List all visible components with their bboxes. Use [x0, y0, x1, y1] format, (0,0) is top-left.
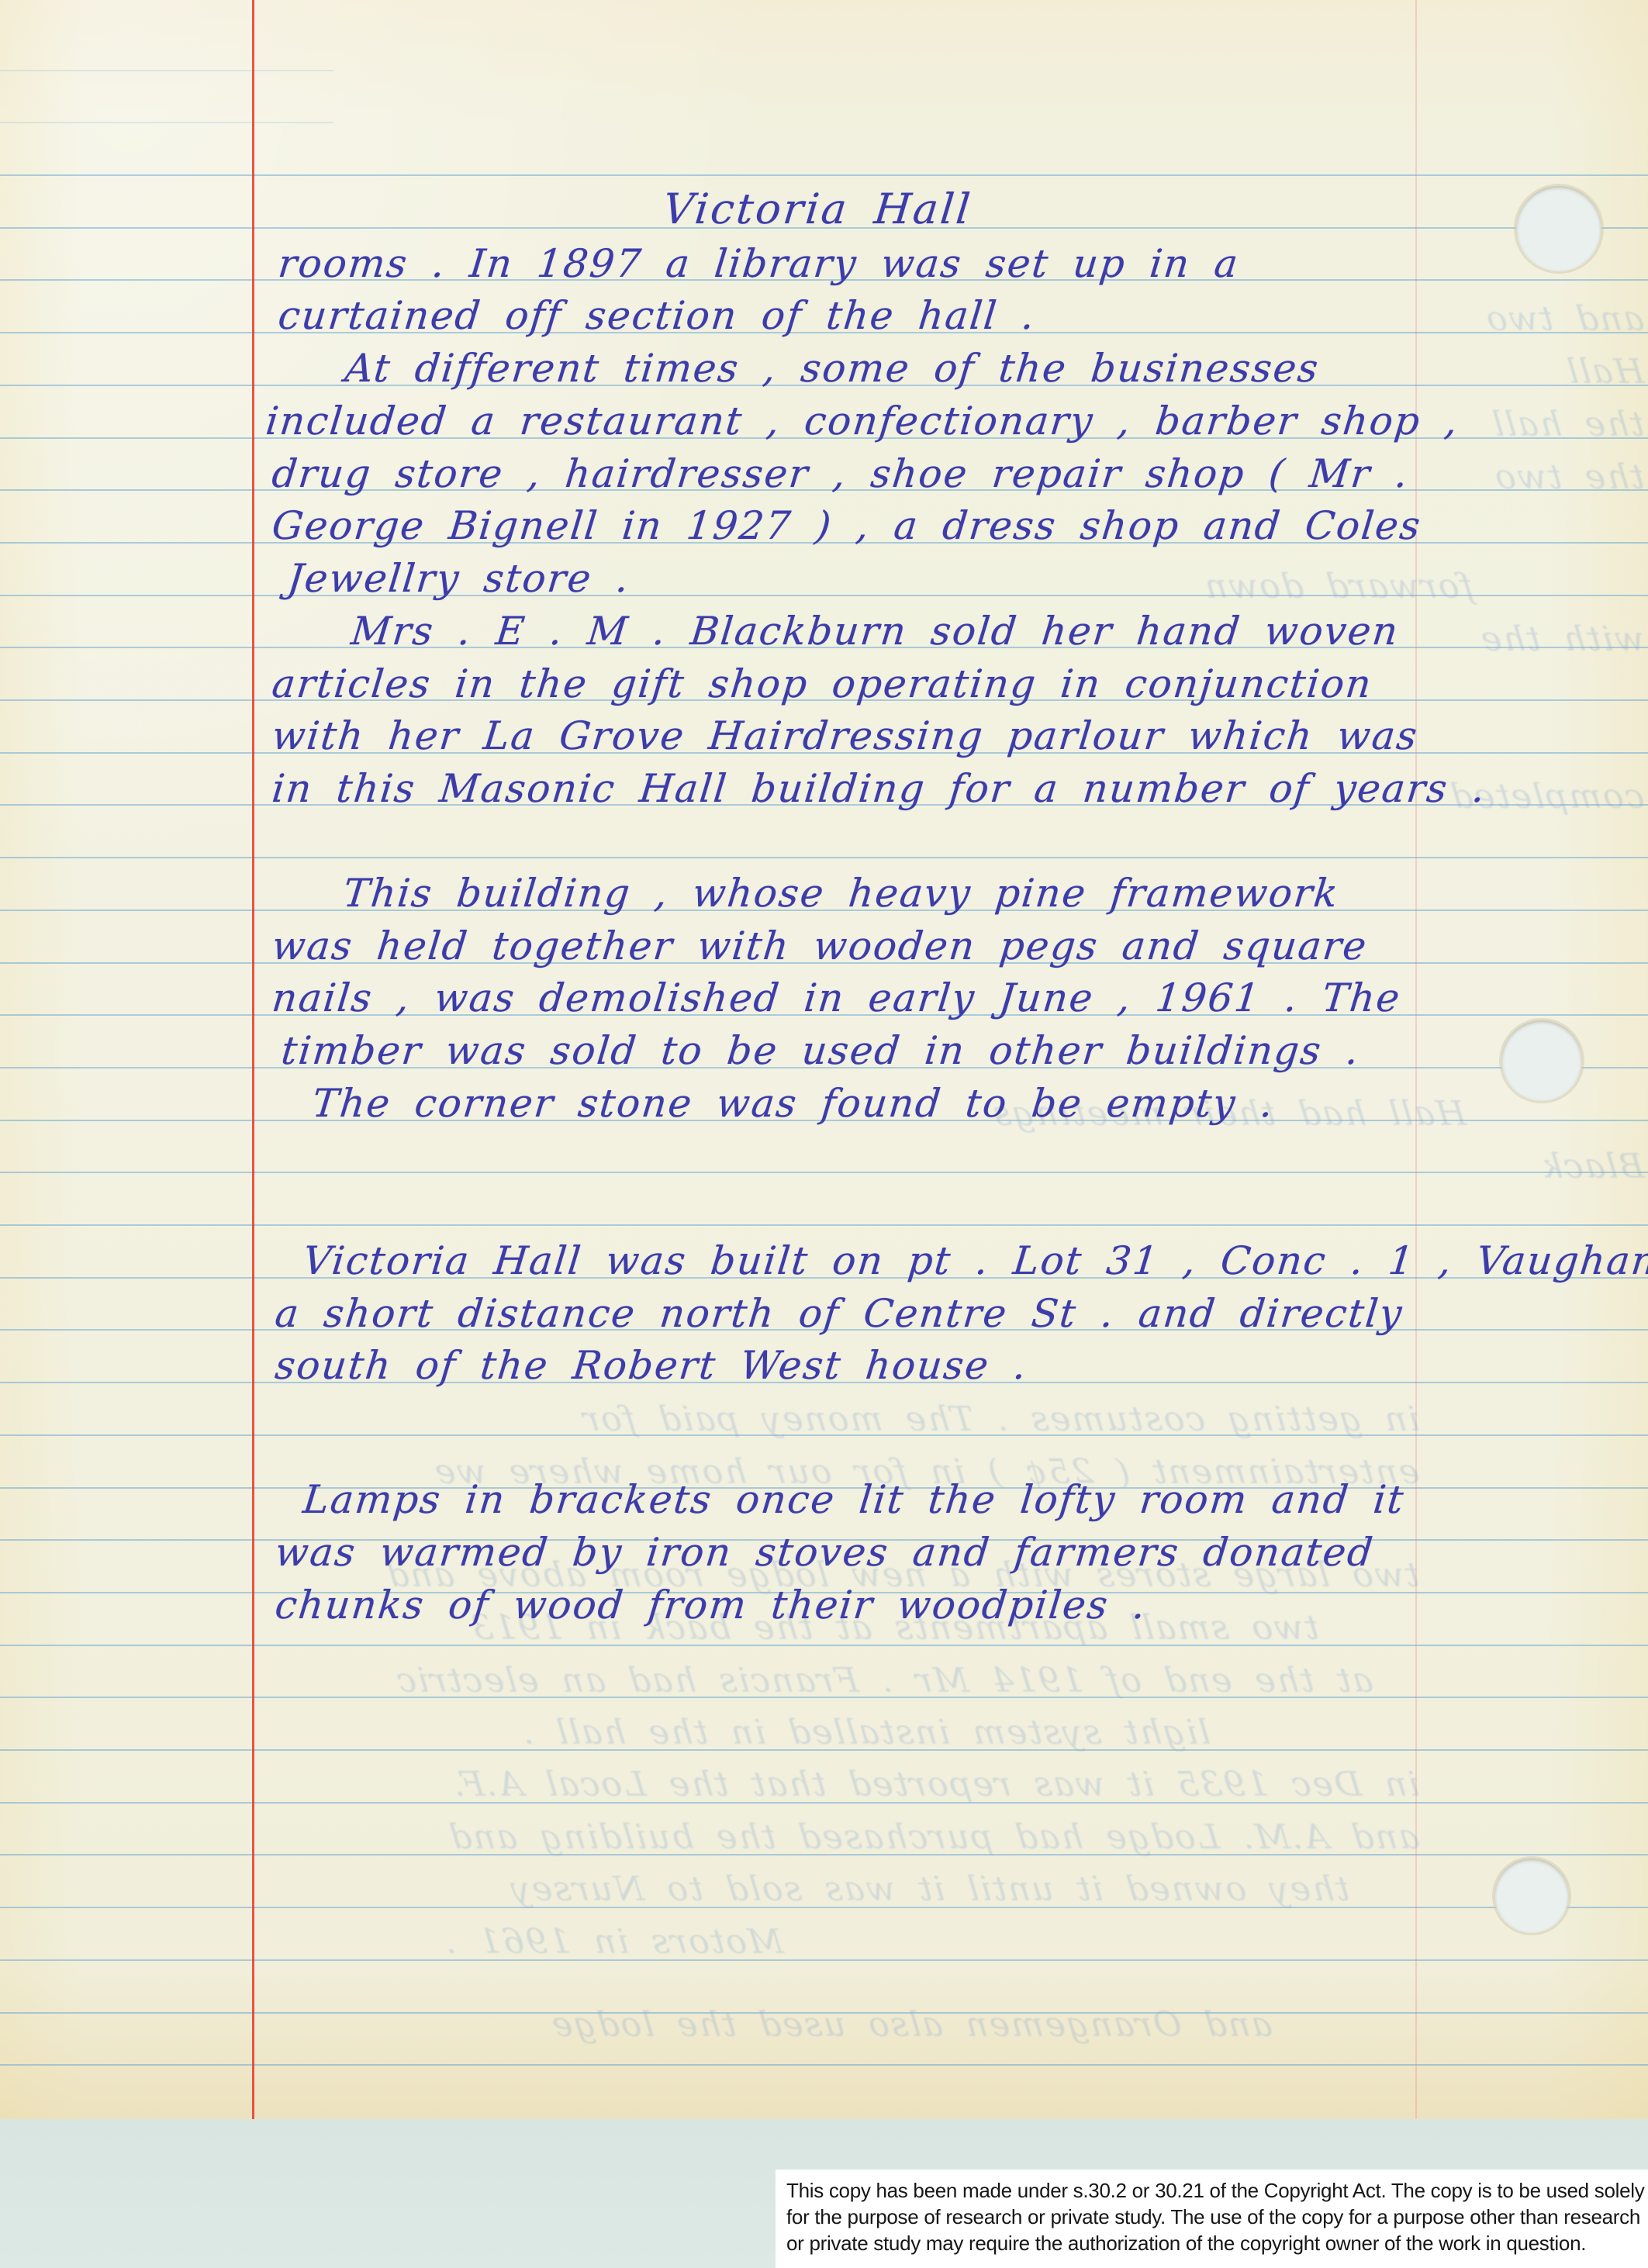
red-margin-line	[252, 0, 254, 2119]
handwritten-line: The corner stone was found to be empty .	[310, 1081, 1277, 1126]
handwritten-line: with her La Grove Hairdressing parlour w…	[270, 713, 1421, 758]
handwritten-line: in this Masonic Hall building for a numb…	[270, 766, 1488, 811]
handwritten-line: timber was sold to be used in other buil…	[279, 1028, 1362, 1073]
handwritten-line: was held together with wooden pegs and s…	[270, 923, 1370, 968]
bleedthrough-line: Hall	[1564, 352, 1646, 392]
hole-punch	[1501, 1020, 1582, 1101]
ruled-line	[0, 2064, 1648, 2066]
handwritten-line: Mrs . E . M . Blackburn sold her hand wo…	[349, 609, 1401, 654]
ruled-line	[0, 1959, 1648, 1961]
handwritten-line: drug store , hairdresser , shoe repair s…	[270, 451, 1411, 496]
bleedthrough-line: light system installed in the hall .	[519, 1713, 1212, 1752]
handwritten-line: At different times , some of the busines…	[343, 346, 1322, 391]
handwritten-line: was warmed by iron stoves and farmers do…	[273, 1530, 1377, 1575]
page-title: Victoria Hall	[661, 185, 975, 233]
ruled-line	[0, 122, 333, 123]
ruled-line	[0, 70, 333, 71]
copyright-stamp: This copy has been made under s.30.2 or …	[776, 2170, 1648, 2268]
bleedthrough-line: the hall	[1490, 405, 1646, 444]
handwritten-line: This building , whose heavy pine framewo…	[341, 871, 1342, 916]
ruled-line	[0, 857, 1648, 858]
hole-punch	[1494, 1859, 1569, 1933]
copyright-stamp-text: This copy has been made under s.30.2 or …	[786, 2177, 1648, 2256]
handwritten-line: nails , was demolished in early June , 1…	[270, 975, 1403, 1020]
hole-punch	[1516, 186, 1601, 271]
bleedthrough-line: they owned it until it was sold to Nurse…	[507, 1869, 1351, 1909]
bleedthrough-line: and Orangemen also used the lodge	[548, 2005, 1274, 2045]
bleedthrough-line: at the end of 1914 Mr . Francis had an e…	[393, 1661, 1375, 1700]
bleedthrough-line: the two	[1491, 457, 1646, 497]
bleedthrough-line: and A.M. Lodge had purchased the buildin…	[446, 1818, 1421, 1857]
handwritten-line: articles in the gift shop operating in c…	[270, 661, 1375, 706]
handwritten-line: a short distance north of Centre St . an…	[273, 1291, 1405, 1336]
handwritten-line: south of the Robert West house .	[273, 1343, 1030, 1388]
handwritten-line: Lamps in brackets once lit the lofty roo…	[301, 1477, 1407, 1522]
handwritten-line: Jewellry store .	[285, 556, 632, 601]
copyright-stamp-line: This copy has been made under s.30.2 or …	[786, 2177, 1648, 2204]
handwritten-line: curtained off section of the hall .	[276, 293, 1038, 338]
ruled-line	[0, 1224, 1648, 1226]
bleedthrough-line: Black	[1538, 1147, 1646, 1186]
ruled-line	[0, 174, 1648, 176]
bleedthrough-line: and two	[1484, 299, 1646, 339]
bleedthrough-line: with the	[1478, 620, 1646, 659]
bleedthrough-line: in Dec 1935 it was reported that the Loc…	[450, 1765, 1422, 1804]
handwritten-line: Victoria Hall was built on pt . Lot 31 ,…	[301, 1238, 1648, 1283]
bleedthrough-line: forward down	[1202, 567, 1476, 606]
ruled-line	[0, 1172, 1648, 1173]
copyright-stamp-line: for the purpose of research or private s…	[786, 2204, 1648, 2230]
scanned-notebook-page: { "document": { "title": "Victoria Hall"…	[0, 0, 1648, 2268]
bleedthrough-line: Motors in 1961 .	[442, 1922, 786, 1962]
bleedthrough-line: in getting costumes . The money paid for	[579, 1400, 1422, 1439]
handwritten-line: George Bignell in 1927 ) , a dress shop …	[270, 503, 1424, 548]
handwritten-line: rooms . In 1897 a library was set up in …	[276, 241, 1242, 286]
handwritten-line: included a restaurant , confectionary , …	[264, 399, 1461, 444]
copyright-stamp-line: or private study may require the authori…	[786, 2230, 1648, 2256]
handwritten-line: chunks of wood from their woodpiles .	[273, 1583, 1149, 1628]
